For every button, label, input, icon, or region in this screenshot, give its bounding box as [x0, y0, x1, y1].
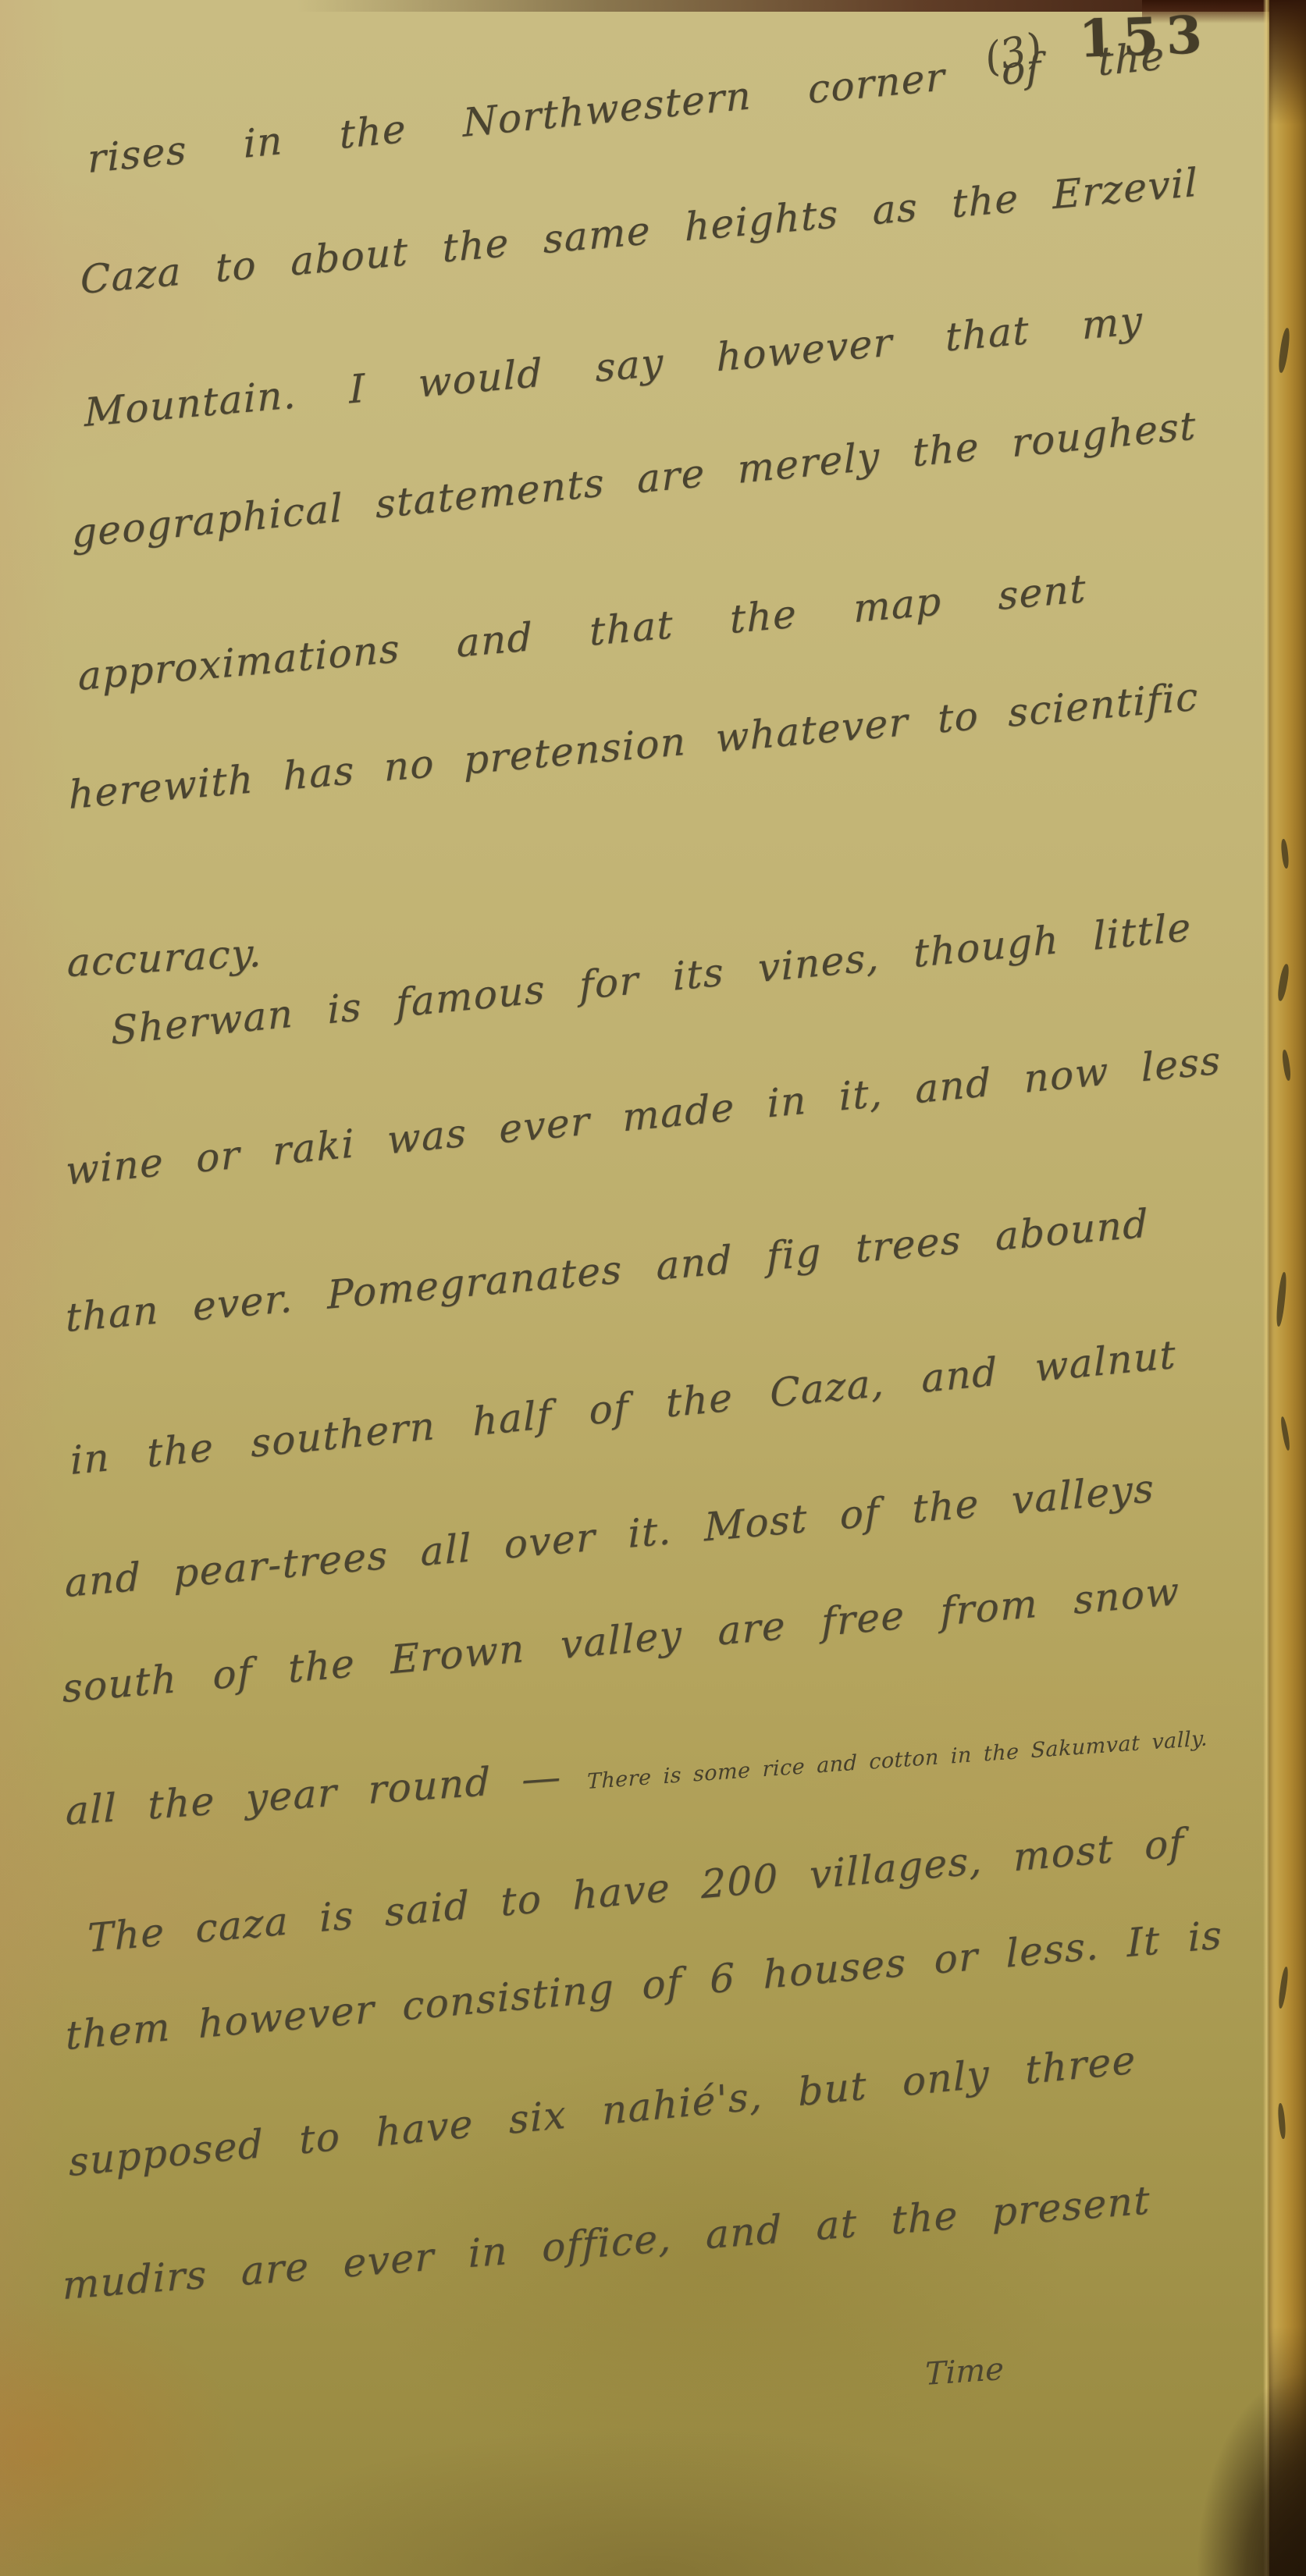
book-page-edge [1269, 0, 1306, 2576]
edge-ink-mark [1281, 1050, 1291, 1082]
edge-ink-mark [1280, 839, 1290, 869]
page-crease-line [1263, 0, 1269, 2576]
edge-ink-mark [1276, 963, 1290, 1001]
manuscript-scan: { "doc": { "stamped_page_number": "153",… [0, 0, 1306, 2576]
bottom-right-corner-shadow [1189, 2342, 1306, 2576]
edge-ink-mark [1275, 1272, 1287, 1327]
edge-ink-mark [1277, 2103, 1286, 2140]
edge-ink-mark [1277, 1967, 1289, 2009]
edge-ink-mark [1279, 1416, 1291, 1451]
catchword: Time [925, 2351, 1004, 2393]
edge-ink-mark [1277, 328, 1291, 374]
